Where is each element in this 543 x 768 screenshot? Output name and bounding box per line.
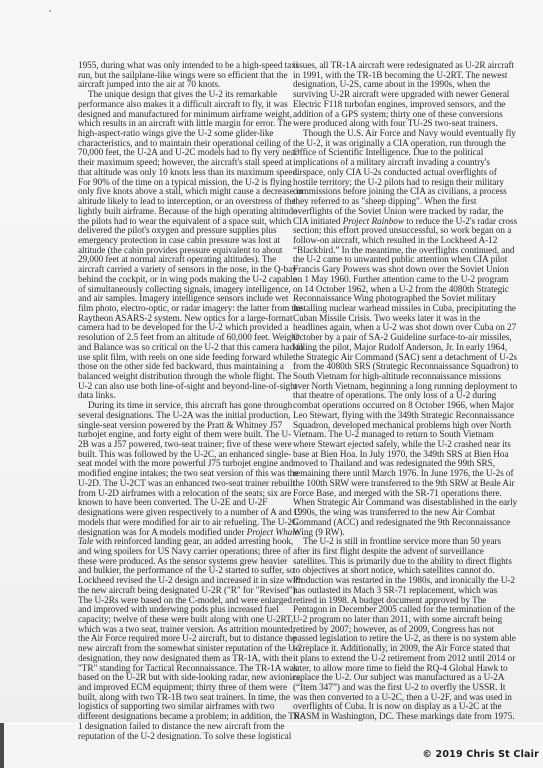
text-line: reputation of the U-2 designation. To so… — [78, 733, 284, 743]
bleed-through-text — [295, 644, 475, 647]
scan-speck — [49, 10, 51, 12]
italic-title: Tale — [78, 537, 93, 547]
left-text-column: 1955, during what was only intended to b… — [78, 62, 284, 742]
text-line: NASM in Washington, DC. These markings d… — [293, 713, 501, 723]
copyright-watermark: © 2019 Chris St Clair — [422, 749, 539, 760]
italic-title: Project Whale — [247, 528, 299, 538]
right-text-column: issues, all TR-1A aircraft were redesign… — [293, 62, 501, 723]
page-edge-shadow — [0, 723, 4, 768]
italic-title: Project Rainbow — [343, 217, 404, 227]
